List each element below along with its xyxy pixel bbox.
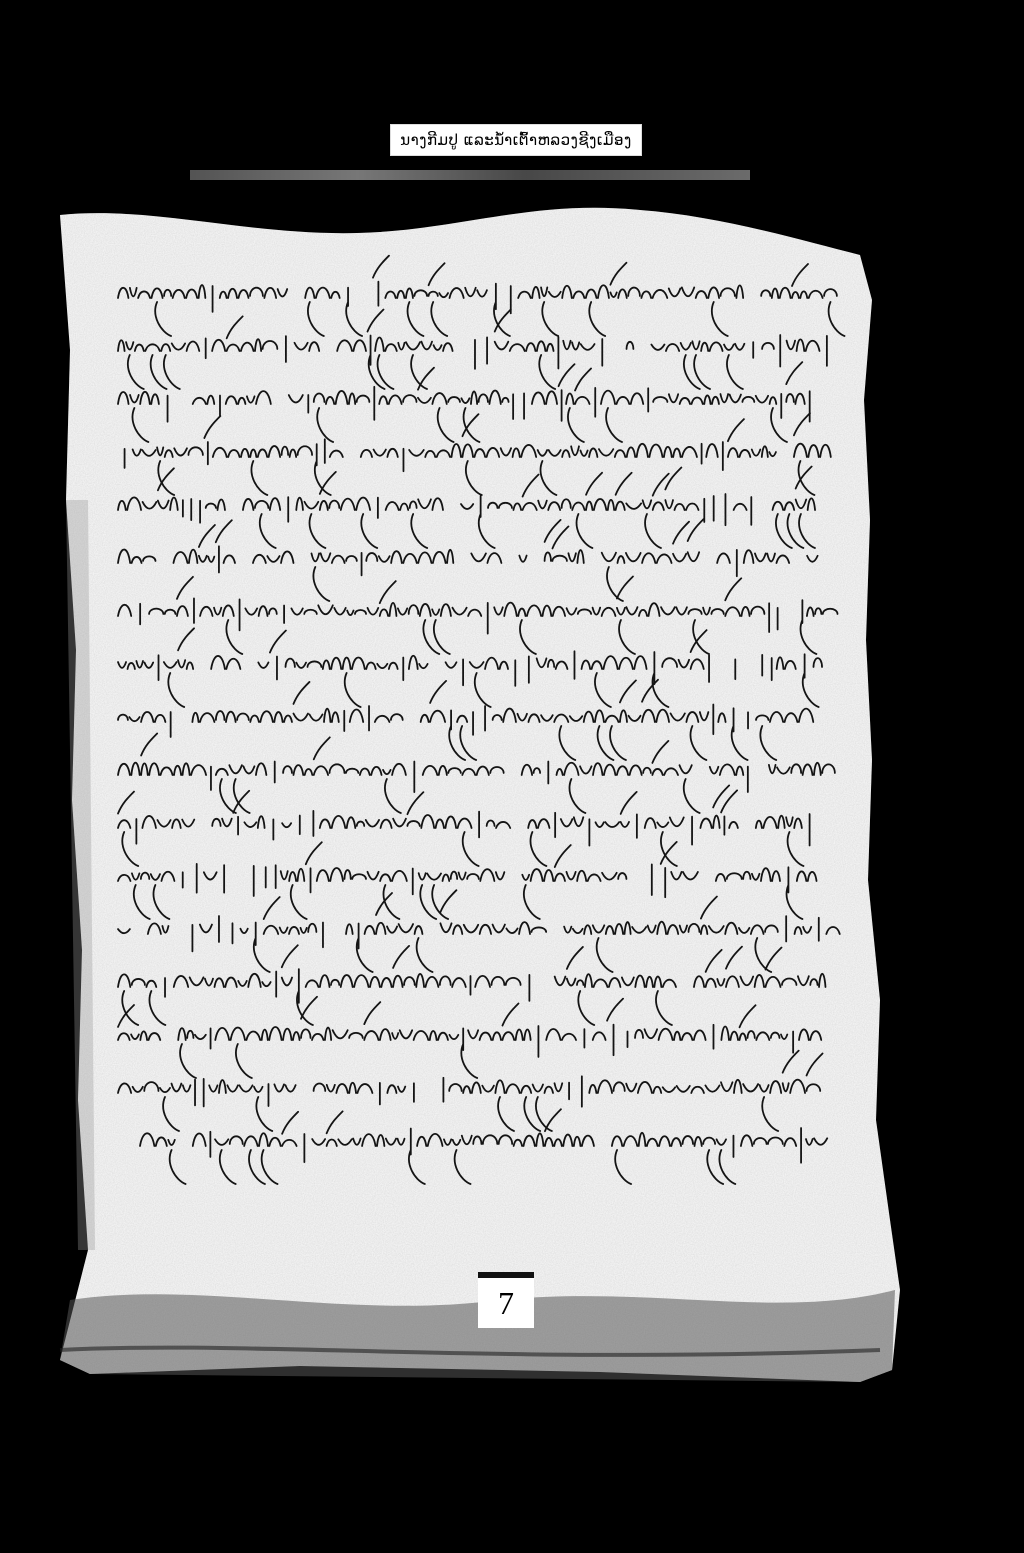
page-number: 7 [498,1285,514,1322]
script-line: [handwritten script line 2] [118,310,827,389]
script-line: [handwritten script line 14] [118,945,825,1025]
script-line: [handwritten script line 8] [118,628,822,707]
script-line: [handwritten script line 17] [140,1109,827,1184]
script-line: [handwritten script line 1] [118,256,844,336]
script-line: [handwritten script line 12] [118,842,817,919]
script-line: [handwritten script line 6] [118,519,818,601]
script-line: [handwritten script line 9] [118,680,813,760]
page-number-tag: 7 [478,1272,534,1328]
script-line: [handwritten script line 15] [118,997,821,1078]
script-line: [handwritten script line 3] [118,362,810,442]
script-line: [handwritten script line 7] [118,577,837,654]
script-line: [handwritten script line 5] [118,467,815,548]
script-line: [handwritten script line 16] [118,1051,823,1131]
script-line: [handwritten script line 4] [125,413,831,495]
